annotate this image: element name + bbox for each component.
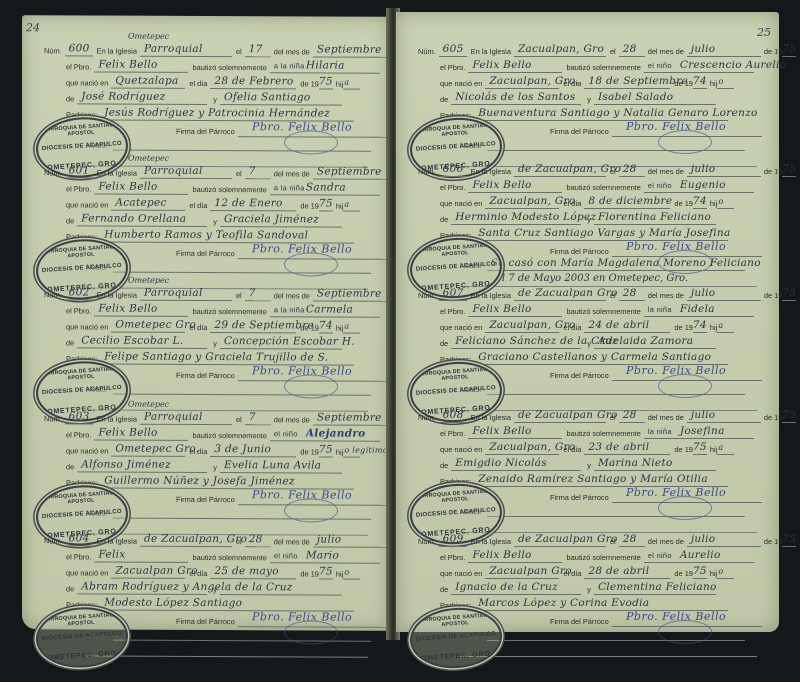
- article-field: a la niña: [270, 181, 302, 195]
- stamp-parish: PARROQUIA DE SANTIAGO APOSTOL: [37, 122, 126, 140]
- stamp-town: OMETEPEC, GRO.: [39, 650, 127, 663]
- day-field: 28: [619, 163, 645, 177]
- month-field: Septiembre: [313, 165, 387, 179]
- stamp-parish: PARROQUIA DE SANTIAGO APOSTOL: [411, 122, 500, 140]
- label-of: de: [66, 584, 77, 594]
- article-field: a la niña: [270, 303, 302, 317]
- label-born-in: que nació en: [440, 569, 485, 579]
- label-year: de 19: [761, 47, 783, 57]
- church-field: de Zacualpan Gro: [514, 287, 606, 301]
- label-month: del mes de: [271, 169, 313, 179]
- label-num: Núm.: [44, 290, 65, 300]
- father-field: Emigdio Nicolás: [451, 457, 581, 471]
- gender-suffix: a: [343, 76, 360, 90]
- church-annotation: Ometepec: [128, 32, 169, 41]
- label-num: Núm.: [44, 536, 65, 546]
- label-church: En la Iglesia: [93, 537, 140, 547]
- priest-field: Felix: [94, 549, 188, 563]
- label-month: del mes de: [645, 167, 687, 177]
- stamp-diocese: DIOCESIS DE ACAPULCO: [412, 261, 500, 273]
- baptism-entry: Núm. 600 En la Iglesia Parroquial el 17 …: [22, 39, 390, 167]
- child-name-field: Sandra: [302, 181, 380, 195]
- birth-date-field: 29 de Septiembre: [210, 319, 296, 333]
- article-field: a la niña: [270, 59, 302, 73]
- stamp-parish: PARROQUIA DE SANTIAGO APOSTOL: [411, 366, 500, 384]
- label-day: el: [606, 47, 619, 57]
- month-field: julio: [687, 163, 761, 177]
- label-day: el: [232, 47, 245, 57]
- priest-field: Felix Bello: [468, 425, 562, 439]
- birth-date-field: 12 de Enero: [210, 197, 296, 211]
- gender-suffix: o: [717, 195, 734, 209]
- birth-year-field: 75: [693, 565, 707, 579]
- birth-year-field: 75: [319, 565, 333, 579]
- mother-field: Florentina Feliciano: [594, 211, 716, 225]
- godparents-field: Modesto López Santiago: [100, 597, 354, 612]
- mother-field: Concepción Escobar H.: [220, 335, 342, 350]
- label-born-in: que nació en: [440, 445, 485, 455]
- priest-field: Felix Bello: [468, 303, 562, 317]
- label-year: de 19: [296, 569, 319, 579]
- label-priest: el Pbro.: [66, 306, 94, 316]
- stamp-diocese: DIOCESIS DE ACAPULCO: [38, 631, 126, 643]
- label-num: Núm.: [44, 46, 65, 56]
- day-field: 7: [245, 165, 271, 179]
- entry-number: 606: [439, 163, 467, 177]
- baptism-entry: Núm. 607 En la Iglesia de Zacualpan Gro …: [396, 284, 779, 410]
- mother-field: Marina Nieto: [594, 457, 716, 471]
- label-num: Núm.: [418, 537, 439, 547]
- notes-field: [113, 505, 371, 520]
- birth-date-field: 3 de Junio: [210, 443, 296, 457]
- day-field: 28: [619, 43, 645, 57]
- father-field: Fernando Orellana: [77, 212, 207, 227]
- label-month: del mes de: [645, 413, 687, 423]
- label-year: de 19: [296, 447, 319, 457]
- label-baptized: bautizó solemnemente: [562, 307, 643, 317]
- father-field: Cecilio Escobar L.: [77, 334, 207, 349]
- baptism-entry: Núm. 605 En la Iglesia Zacualpan, Gro el…: [396, 40, 779, 166]
- godparents-field: Zenaido Ramírez Santiago y María Otilia: [474, 473, 728, 487]
- birthplace-field: Ometepec Gro: [111, 319, 185, 333]
- label-year: de 19: [670, 569, 693, 579]
- label-child-of: hij: [333, 202, 343, 212]
- godparents-field: Graciano Castellanos y Carmela Santiago: [474, 351, 728, 365]
- child-name-field: Aurelio: [676, 549, 754, 563]
- stamp-diocese: DIOCESIS DE ACAPULCO: [38, 509, 126, 521]
- birthplace-field: Zacualpan Gro: [485, 565, 559, 579]
- baptism-entry: Núm. 606 En la Iglesia de Zacualpan, Gro…: [396, 160, 779, 286]
- label-baptized: bautizó solemnemente: [188, 553, 269, 563]
- stamp-parish: PARROQUIA DE SANTIAGO APOSTOL: [411, 612, 500, 630]
- stamp-parish: PARROQUIA DE SANTIAGO APOSTOL: [37, 366, 126, 384]
- year-field: 75: [782, 287, 796, 301]
- child-name-field: Crescencio Aurelio: [676, 59, 754, 73]
- label-and: y: [581, 95, 594, 105]
- birthplace-field: Quetzalapa: [111, 75, 185, 89]
- label-year: de 19: [296, 201, 319, 211]
- father-field: Nicolás de los Santos: [451, 91, 581, 105]
- label-and: y: [207, 217, 220, 227]
- stamp-diocese: DIOCESIS DE ACAPULCO: [38, 385, 126, 397]
- stamp-diocese: DIOCESIS DE ACAPULCO: [412, 631, 500, 643]
- child-name-field: Hilaria: [302, 59, 380, 73]
- day-field: 7: [245, 287, 271, 301]
- label-child-of: hij: [333, 448, 343, 458]
- church-annotation: Ometepec: [128, 154, 169, 163]
- father-field: José Rodríguez: [77, 90, 207, 105]
- gender-suffix: o: [343, 566, 360, 580]
- label-year: de 19: [761, 413, 783, 423]
- label-year: de 19: [296, 79, 319, 89]
- stamp-parish: PARROQUIA DE SANTIAGO APOSTOL: [411, 488, 500, 506]
- mother-field: Evelia Luna Avila: [220, 459, 342, 474]
- notes-field: [113, 381, 371, 396]
- label-church: En la Iglesia: [467, 47, 514, 57]
- birth-year-field: 75: [319, 197, 333, 211]
- open-register-book: 24 Núm. 600 En la Iglesia Parroquial el …: [0, 0, 800, 682]
- birthplace-field: Zacualpan, Gro: [485, 319, 559, 333]
- label-church: En la Iglesia: [467, 537, 514, 547]
- father-field: Herminio Modesto López: [451, 211, 581, 225]
- year-field: 75: [782, 43, 796, 57]
- label-of: de: [66, 338, 77, 348]
- child-name-field: Josefina: [676, 425, 754, 439]
- label-priest: el Pbro.: [440, 183, 468, 193]
- entry-number: 609: [439, 533, 467, 547]
- month-field: julio: [687, 533, 761, 547]
- label-year: de 19: [761, 167, 783, 177]
- label-of: de: [66, 94, 77, 104]
- church-field: de Zacualpan, Gro: [140, 533, 232, 547]
- label-child-of: hij: [333, 324, 343, 334]
- year-field: 75: [782, 163, 796, 177]
- label-born-in: que nació en: [440, 199, 485, 209]
- birth-date-field: 25 de mayo: [210, 565, 296, 579]
- right-page: 25 Núm. 605 En la Iglesia Zacualpan, Gro…: [396, 12, 779, 632]
- label-num: Núm.: [418, 413, 439, 423]
- godparents-field: Santa Cruz Santiago Vargas y María Josef…: [474, 227, 728, 241]
- label-born-in: que nació en: [66, 78, 111, 88]
- father-field: Feliciano Sánchez de la Cruz: [451, 335, 581, 349]
- stamp-parish: PARROQUIA DE SANTIAGO APOSTOL: [411, 242, 500, 260]
- page-number: 25: [757, 26, 771, 39]
- left-page: 24 Núm. 600 En la Iglesia Parroquial el …: [22, 15, 390, 631]
- gender-suffix: o: [717, 75, 734, 89]
- birth-year-field: 75: [693, 441, 707, 455]
- article-field: el niño: [270, 427, 302, 441]
- notes-field: [487, 381, 745, 395]
- notes-field: [487, 627, 745, 641]
- child-name-field: Carmela: [302, 303, 380, 317]
- day-field: 28: [619, 533, 645, 547]
- label-and: y: [207, 339, 220, 349]
- label-num: Núm.: [418, 167, 439, 177]
- label-month: del mes de: [271, 537, 313, 547]
- day-field: 28: [245, 533, 271, 547]
- label-and: y: [581, 585, 594, 595]
- label-baptized: bautizó solemnemente: [188, 431, 269, 441]
- month-field: julio: [687, 287, 761, 301]
- birth-date-field: 28 de Febrero: [210, 75, 296, 89]
- label-church: En la Iglesia: [93, 169, 140, 179]
- month-field: Septiembre: [313, 411, 387, 425]
- entries-left: Núm. 600 En la Iglesia Parroquial el 17 …: [22, 15, 390, 17]
- label-and: y: [207, 463, 220, 473]
- stamp-diocese: DIOCESIS DE ACAPULCO: [412, 141, 500, 153]
- label-church: En la Iglesia: [467, 413, 514, 423]
- label-month: del mes de: [271, 291, 313, 301]
- baptism-entry: Núm. 603 En la Iglesia Parroquial el 7 d…: [22, 407, 390, 535]
- entry-number: 603: [65, 410, 93, 424]
- child-name-field: Alejandro: [302, 427, 380, 441]
- label-year: de 19: [670, 199, 693, 209]
- day-field: 17: [245, 43, 271, 57]
- church-field: Parroquial: [140, 287, 232, 301]
- notes-field: [113, 137, 371, 152]
- label-of: de: [440, 215, 451, 225]
- birthplace-field: Zacualpan, Gro: [485, 195, 559, 209]
- mother-field: Clementina Feliciano: [594, 581, 716, 595]
- label-priest: el Pbro.: [440, 63, 468, 73]
- label-year: de 19: [670, 323, 693, 333]
- godparents-field: Buenaventura Santiago y Natalia Genaro L…: [474, 107, 728, 121]
- label-baptized: bautizó solemnemente: [562, 63, 643, 73]
- birth-date-field: 18 de Septiembre: [584, 75, 670, 89]
- label-born-in: que nació en: [440, 79, 485, 89]
- stamp-parish: PARROQUIA DE SANTIAGO APOSTOL: [37, 490, 126, 508]
- birth-year-field: 74: [319, 319, 333, 333]
- article-field: la niña: [644, 303, 676, 317]
- month-field: Septiembre: [313, 287, 387, 301]
- label-baptized: bautizó solemnemente: [188, 307, 269, 317]
- label-child-of: hij: [707, 199, 717, 209]
- label-of: de: [66, 216, 77, 226]
- label-church: En la Iglesia: [93, 415, 140, 425]
- year-field: 75: [782, 533, 796, 547]
- label-num: Núm.: [418, 291, 439, 301]
- stamp-parish: PARROQUIA DE SANTIAGO APOSTOL: [37, 612, 126, 630]
- label-of: de: [440, 585, 451, 595]
- label-born-in: que nació en: [440, 323, 485, 333]
- entry-number: 600: [65, 42, 93, 56]
- mother-field: Isabel Salado: [594, 91, 716, 105]
- birthplace-field: Ometepec Gro.: [111, 443, 185, 457]
- birth-date-field: 8 de diciembre: [584, 195, 670, 209]
- notes-field: Se casó con María Magdalena Moreno Felic…: [487, 257, 745, 271]
- birth-year-field: 74: [693, 75, 707, 89]
- child-name-field: Mario: [302, 549, 380, 563]
- label-baptized: bautizó solemnemente: [562, 553, 643, 563]
- label-child-of: hij: [707, 569, 717, 579]
- mother-field: [220, 581, 342, 596]
- priest-field: Felix Bello: [94, 427, 188, 441]
- church-field: de Zacualpan, Gro: [514, 163, 606, 177]
- day-field: 28: [619, 287, 645, 301]
- label-priest: el Pbro.: [440, 307, 468, 317]
- label-month: del mes de: [271, 47, 313, 57]
- month-field: julio: [687, 409, 761, 423]
- church-field: de Zacualpan Gro: [514, 409, 606, 423]
- notes-rule: [86, 655, 368, 657]
- label-day: el: [232, 169, 245, 179]
- gender-suffix: a: [343, 198, 360, 212]
- entry-number: 607: [439, 287, 467, 301]
- birth-date-field: 24 de abril: [584, 319, 670, 333]
- label-month: del mes de: [645, 291, 687, 301]
- entry-number: 605: [439, 43, 467, 57]
- entry-number: 602: [65, 286, 93, 300]
- label-born-in: que nació en: [66, 200, 111, 210]
- birthplace-field: Zacualpan Gro: [111, 565, 185, 579]
- label-num: Núm.: [44, 168, 65, 178]
- label-num: Núm.: [44, 414, 65, 424]
- label-month: del mes de: [271, 415, 313, 425]
- label-day: el: [232, 291, 245, 301]
- label-num: Núm.: [418, 47, 439, 57]
- priest-field: Felix Bello: [468, 59, 562, 73]
- article-field: la niña: [644, 425, 676, 439]
- parish-stamp: PARROQUIA DE SANTIAGO APOSTOL DIOCESIS D…: [408, 605, 504, 671]
- label-child-of: hij: [333, 80, 343, 90]
- label-year: de 19: [761, 291, 783, 301]
- label-born-in: que nació en: [66, 322, 111, 332]
- label-priest: el Pbro.: [66, 184, 94, 194]
- label-child-of: hij: [333, 570, 343, 580]
- church-field: Parroquial: [140, 43, 232, 57]
- article-field: el niño: [644, 549, 676, 563]
- label-child-of: hij: [707, 79, 717, 89]
- baptism-entry: Núm. 601 En la Iglesia Parroquial el 7 d…: [22, 161, 390, 289]
- label-church: En la Iglesia: [467, 167, 514, 177]
- baptism-entry: Núm. 609 En la Iglesia de Zacualpan Gro …: [396, 530, 779, 656]
- stamp-town: OMETEPEC, GRO.: [413, 650, 501, 663]
- label-born-in: que nació en: [66, 568, 111, 578]
- notes-field: [113, 259, 371, 274]
- stamp-diocese: DIOCESIS DE ACAPULCO: [412, 507, 500, 519]
- priest-field: Felix Bello: [468, 549, 562, 563]
- page-number: 24: [26, 21, 40, 34]
- baptism-entry: Núm. 608 En la Iglesia de Zacualpan Gro …: [396, 406, 779, 532]
- birthplace-field: Acatepec: [111, 197, 185, 211]
- entry-number: 604: [65, 532, 93, 546]
- label-priest: el Pbro.: [440, 553, 468, 563]
- birth-date-field: 23 de abril: [584, 441, 670, 455]
- year-field: 75: [782, 409, 796, 423]
- parish-stamp: PARROQUIA DE SANTIAGO APOSTOL DIOCESIS D…: [34, 605, 130, 671]
- baptism-entry: Núm. 604 En la Iglesia de Zacualpan, Gro…: [22, 529, 390, 657]
- label-church: En la Iglesia: [467, 291, 514, 301]
- birthplace-field: Zacualpan, Gro.: [485, 75, 559, 89]
- label-year: de 19: [761, 537, 783, 547]
- birth-year-field: 75: [319, 75, 333, 89]
- notes-continuation: el 7 de Mayo 2003 en Ometepec, Gro.: [496, 273, 688, 284]
- label-born-day: el día: [185, 201, 210, 211]
- birthplace-field: Zacualpan, Gro: [485, 441, 559, 455]
- article-field: el niño: [644, 179, 676, 193]
- priest-field: Felix Bello: [468, 179, 562, 193]
- stamp-diocese: DIOCESIS DE ACAPULCO: [38, 141, 126, 153]
- godparents-field: Marcos López y Corina Evodia: [474, 597, 728, 611]
- label-month: del mes de: [645, 537, 687, 547]
- label-of: de: [440, 95, 451, 105]
- gender-suffix: a: [717, 319, 734, 333]
- notes-field: [113, 627, 371, 642]
- label-church: En la Iglesia: [93, 47, 140, 57]
- godparents-field: Humberto Ramos y Teofila Sandoval: [100, 229, 354, 244]
- month-field: julio: [687, 43, 761, 57]
- birth-date-field: 28 de abril: [584, 565, 670, 579]
- label-month: del mes de: [645, 47, 687, 57]
- label-priest: el Pbro.: [66, 62, 94, 72]
- father-field: Ignacio de la Cruz: [451, 581, 581, 595]
- priest-field: Felix Bello: [94, 303, 188, 317]
- church-annotation: Ometepec: [128, 276, 169, 285]
- mother-field: Adelaida Zamora: [594, 335, 716, 349]
- mother-field: Ofelia Santiago: [220, 91, 342, 106]
- child-name-field: Fidela: [676, 303, 754, 317]
- label-child-of: hij: [707, 445, 717, 455]
- church-field: Zacualpan, Gro: [514, 43, 606, 57]
- church-field: Parroquial: [140, 411, 232, 425]
- day-field: 7: [245, 411, 271, 425]
- gender-suffix: a: [717, 441, 734, 455]
- label-priest: el Pbro.: [66, 552, 94, 562]
- label-and: y: [581, 461, 594, 471]
- mother-field: Graciela Jiménez: [220, 213, 342, 228]
- stamp-parish: PARROQUIA DE SANTIAGO APOSTOL: [37, 244, 126, 262]
- godparents-field: Felipe Santiago y Graciela Trujillo de S…: [100, 351, 354, 366]
- priest-field: Felix Bello: [94, 59, 188, 73]
- label-and: y: [207, 95, 220, 105]
- label-day: el: [232, 415, 245, 425]
- label-of: de: [440, 339, 451, 349]
- entry-number: 601: [65, 164, 93, 178]
- month-field: julio: [313, 533, 387, 547]
- notes-field: [487, 503, 745, 517]
- godparents-field: Jesús Rodríguez y Patrocinia Hernández: [100, 107, 354, 122]
- label-born-in: que nació en: [66, 446, 111, 456]
- label-priest: el Pbro.: [66, 430, 94, 440]
- father-field: Abram Rodríguez y Angela de la Cruz: [77, 580, 207, 595]
- label-child-of: hij: [707, 323, 717, 333]
- notes-rule: [460, 656, 757, 657]
- month-field: Septiembre: [313, 43, 387, 57]
- child-name-field: Eugenio: [676, 179, 754, 193]
- baptism-entry: Núm. 602 En la Iglesia Parroquial el 7 d…: [22, 283, 390, 411]
- priest-field: Felix Bello: [94, 181, 188, 195]
- article-field: el niño: [270, 549, 302, 563]
- label-year: de 19: [670, 445, 693, 455]
- label-baptized: bautizó solemnemente: [188, 185, 269, 195]
- label-baptized: bautizó solemnemente: [562, 183, 643, 193]
- birth-year-field: 75: [319, 443, 333, 457]
- stamp-diocese: DIOCESIS DE ACAPULCO: [38, 263, 126, 275]
- gender-suffix: a: [343, 320, 360, 334]
- label-baptized: bautizó solemnemente: [562, 429, 643, 439]
- label-baptized: bautizó solemnemente: [188, 63, 269, 73]
- birth-year-field: 74: [693, 195, 707, 209]
- label-priest: el Pbro.: [440, 429, 468, 439]
- church-field: de Zacualpan Gro: [514, 533, 606, 547]
- notes-field: [487, 137, 745, 151]
- gender-suffix: o legítimo: [343, 444, 360, 458]
- label-of: de: [440, 461, 451, 471]
- godparents-field: Guillermo Núñez y Josefa Jiménez: [100, 475, 354, 490]
- church-field: Parroquial: [140, 165, 232, 179]
- article-field: el niño: [644, 59, 676, 73]
- father-field: Alfonso Jiménez: [77, 458, 207, 473]
